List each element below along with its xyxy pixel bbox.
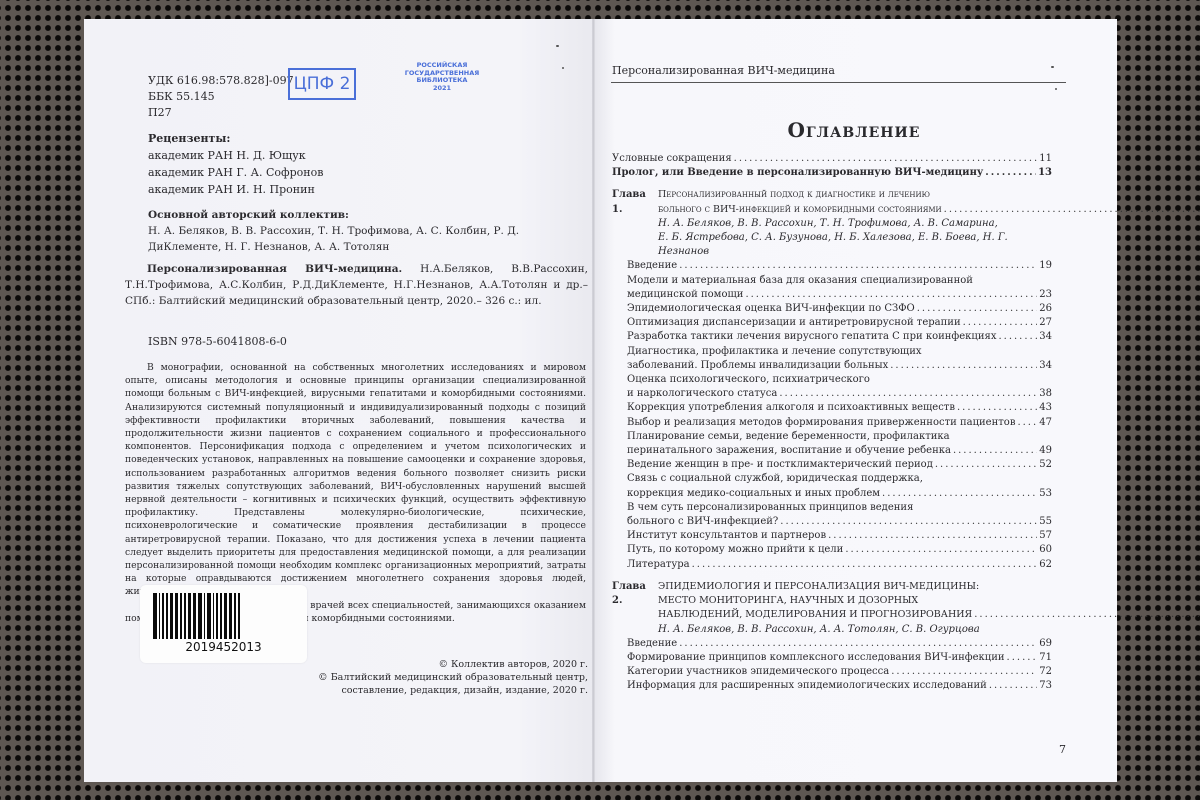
chapter-title-line: Персонализированный подход к диагностике…	[658, 188, 1200, 202]
toc-entry: Литература62	[612, 558, 1052, 572]
toc-entry: Пролог, или Введение в персонализированн…	[612, 166, 1052, 180]
toc-entry-title: перинатального заражения, воспитание и о…	[627, 444, 951, 458]
page-number: 7	[1059, 743, 1066, 756]
toc-entry-page: 53	[1039, 487, 1052, 501]
toc-leader-dots	[998, 330, 1037, 344]
toc-leader-dots	[692, 558, 1038, 572]
toc-entry-page: 13	[1038, 166, 1052, 180]
copyright-block: © Коллектив авторов, 2020 г. © Балтийски…	[318, 658, 588, 697]
reviewers-heading: Рецензенты:	[148, 130, 323, 147]
udk-code: УДК 616.98:578.828]-097	[148, 73, 294, 89]
toc-entry: Оптимизация диспансеризации и антиретров…	[612, 316, 1052, 330]
reviewers-block: Рецензенты: академик РАН Н. Д. Ющук акад…	[148, 130, 323, 198]
toc-leader-dots	[882, 487, 1037, 501]
toc-entry-page: 43	[1039, 401, 1052, 415]
toc-entry: Коррекция употребления алкоголя и психоа…	[612, 401, 1052, 415]
chapter-title-line: Эпидемиология и персонализация ВИЧ-медиц…	[658, 580, 1200, 594]
toc-entry-title: Планирование семьи, ведение беременности…	[627, 430, 950, 444]
toc-entry-title: коррекция медико-социальных и иных пробл…	[627, 487, 880, 501]
chapter-title-line: место мониторинга, научных и дозорных	[658, 594, 1200, 608]
chapter-authors: Е. Б. Ястребова, С. А. Бузунова, Н. Б. Х…	[612, 231, 1052, 259]
toc-entry: заболеваний. Проблемы инвалидизации боль…	[612, 359, 1052, 373]
toc-entry-page: 23	[1039, 288, 1052, 302]
toc-entry-title: Введение	[627, 637, 677, 651]
barcode-bar	[240, 593, 242, 639]
toc-leader-dots	[957, 401, 1037, 415]
toc-entry-page: 34	[1039, 330, 1052, 344]
copyright-line: © Коллектив авторов, 2020 г.	[318, 658, 588, 671]
toc-entry-title: наблюдений, моделирования и прогнозирова…	[658, 608, 972, 622]
copyright-line: © Балтийский медицинский образовательный…	[318, 671, 588, 684]
toc-entry-title: Модели и материальная база для оказания …	[627, 274, 973, 288]
toc-entry-page: 11	[1039, 152, 1052, 166]
toc-entry-page: 49	[1039, 444, 1052, 458]
toc-entry-title: медицинской помощи	[627, 288, 743, 302]
chapter-authors: Н. А. Беляков, В. В. Рассохин, А. А. Тот…	[612, 623, 1052, 637]
chapter-label: Глава 2.	[612, 580, 658, 623]
toc-entry-title: Информация для расширенных эпидемиологич…	[627, 679, 987, 693]
isbn: ISBN 978-5-6041808-6-0	[148, 335, 287, 348]
toc-entry: Диагностика, профилактика и лечение сопу…	[612, 345, 1052, 359]
classification-codes: УДК 616.98:578.828]-097 ББК 55.145 П27	[148, 73, 294, 121]
toc-entry-title: Путь, по которому можно прийти к цели	[627, 543, 843, 557]
toc-entry-title: заболеваний. Проблемы инвалидизации боль…	[627, 359, 888, 373]
toc-leader-dots	[944, 203, 1200, 217]
toc-entry-page: 52	[1039, 458, 1052, 472]
toc-entry: медицинской помощи23	[612, 288, 1052, 302]
chapter-title-line: больного с ВИЧ-инфекцией и коморбидными …	[658, 203, 1200, 217]
reviewer: академик РАН Г. А. Софронов	[148, 164, 323, 181]
abstract-paragraph: В монографии, основанной на собственных …	[125, 361, 586, 599]
toc-entry: Категории участников эпидемического проц…	[612, 665, 1052, 679]
toc-leader-dots	[779, 387, 1037, 401]
chapter-label: Глава 1.	[612, 188, 658, 216]
barcode-icon	[153, 593, 293, 639]
toc-leader-dots	[845, 543, 1037, 557]
toc-title: Оглавление	[594, 118, 1114, 142]
copyright-line: составление, редакция, дизайн, издание, …	[318, 684, 588, 697]
running-head: Персонализированная ВИЧ-медицина	[612, 64, 835, 77]
toc-entry-page: 47	[1039, 416, 1052, 430]
toc-entry-title: Эпидемиологическая оценка ВИЧ-инфекции п…	[627, 302, 915, 316]
toc-leader-dots	[891, 665, 1037, 679]
toc-entry: Эпидемиологическая оценка ВИЧ-инфекции п…	[612, 302, 1052, 316]
toc-leader-dots	[953, 444, 1037, 458]
toc-entry-title: Формирование принципов комплексного иссл…	[627, 651, 1005, 665]
toc-entry-title: Ведение женщин в пре- и постклимактериче…	[627, 458, 933, 472]
toc-entry: Разработка тактики лечения вирусного геп…	[612, 330, 1052, 344]
toc-entry-title: Эпидемиология и персонализация ВИЧ-медиц…	[658, 580, 979, 594]
toc-leader-dots	[1017, 416, 1037, 430]
toc-entry-page: 55	[1039, 515, 1052, 529]
toc-leader-dots	[890, 359, 1037, 373]
toc-entry-page: 72	[1039, 665, 1052, 679]
toc-entry-title: Институт консультантов и партнеров	[627, 529, 826, 543]
toc-leader-dots	[734, 152, 1038, 166]
book-title: Персонализированная ВИЧ-медицина.	[147, 263, 402, 275]
chapter-entry: Глава 2.Эпидемиология и персонализация В…	[612, 580, 1052, 623]
authors-block: Основной авторский коллектив: Н. А. Беля…	[148, 207, 588, 255]
toc-entry: Институт консультантов и партнеров57	[612, 529, 1052, 543]
toc-entry: Оценка психологического, психиатрическог…	[612, 373, 1052, 387]
author-mark: П27	[148, 105, 294, 121]
toc-entry-title: Коррекция употребления алкоголя и психоа…	[627, 401, 955, 415]
toc-entry-title: Разработка тактики лечения вирусного геп…	[627, 330, 996, 344]
dust-speck	[556, 45, 559, 47]
toc-entry: Выбор и реализация методов формирования …	[612, 416, 1052, 430]
toc-entry: и наркологического статуса38	[612, 387, 1052, 401]
toc-entry-title: Пролог, или Введение в персонализированн…	[612, 166, 983, 180]
toc-entry-title: больного с ВИЧ-инфекцией и коморбидными …	[658, 203, 942, 217]
toc-entry-title: Условные сокращения	[612, 152, 732, 166]
toc-leader-dots	[917, 302, 1038, 316]
toc-entry: Формирование принципов комплексного иссл…	[612, 651, 1052, 665]
toc-entry-title: Введение	[627, 259, 677, 273]
toc-entry: Условные сокращения11	[612, 152, 1052, 166]
toc-entry-page: 27	[1039, 316, 1052, 330]
toc-entry: Планирование семьи, ведение беременности…	[612, 430, 1052, 444]
toc-entry: Введение69	[612, 637, 1052, 651]
toc-entry-title: Литература	[627, 558, 690, 572]
toc-entry-page: 38	[1039, 387, 1052, 401]
toc-entry-title: Диагностика, профилактика и лечение сопу…	[627, 345, 922, 359]
header-rule	[611, 82, 1066, 83]
chapter-body: Эпидемиология и персонализация ВИЧ-медиц…	[658, 580, 1200, 623]
toc-entry-title: и наркологического статуса	[627, 387, 777, 401]
toc-leader-dots	[679, 259, 1037, 273]
toc-entry-title: В чем суть персонализированных принципов…	[627, 501, 913, 515]
bibliographic-record: Персонализированная ВИЧ-медицина. Н.А.Бе…	[125, 261, 588, 309]
toc-entry-page: 57	[1039, 529, 1052, 543]
toc-entry-title: Оценка психологического, психиатрическог…	[627, 373, 870, 387]
toc-entry: Связь с социальной службой, юридическая …	[612, 472, 1052, 486]
authors-list: Н. А. Беляков, В. В. Рассохин, Т. Н. Тро…	[148, 223, 588, 255]
toc-entry: Ведение женщин в пре- и постклимактериче…	[612, 458, 1052, 472]
toc-leader-dots	[989, 679, 1037, 693]
toc-entry-page: 34	[1039, 359, 1052, 373]
library-stamp: РОССИЙСКАЯ ГОСУДАРСТВЕННАЯ БИБЛИОТЕКА 20…	[398, 62, 486, 92]
barcode-number: 2019452013	[140, 640, 307, 654]
toc-entry-title: место мониторинга, научных и дозорных	[658, 594, 918, 608]
dust-speck	[1051, 66, 1054, 68]
toc-leader-dots	[963, 316, 1038, 330]
toc-entry: Модели и материальная база для оказания …	[612, 274, 1052, 288]
table-of-contents: Условные сокращения11Пролог, или Введени…	[612, 152, 1052, 694]
reviewer: академик РАН Н. Д. Ющук	[148, 147, 323, 164]
toc-entry-page: 26	[1039, 302, 1052, 316]
toc-leader-dots	[974, 608, 1200, 622]
dust-speck	[562, 67, 564, 69]
toc-entry: В чем суть персонализированных принципов…	[612, 501, 1052, 515]
toc-entry-title: Выбор и реализация методов формирования …	[627, 416, 1015, 430]
chapter-entry: Глава 1.Персонализированный подход к диа…	[612, 188, 1052, 216]
cpf-stamp: ЦПФ 2	[288, 68, 356, 100]
toc-entry: перинатального заражения, воспитание и о…	[612, 444, 1052, 458]
toc-leader-dots	[935, 458, 1037, 472]
library-stamp-line: 2021	[398, 85, 486, 93]
toc-entry-title: Оптимизация диспансеризации и антиретров…	[627, 316, 961, 330]
toc-entry: больного с ВИЧ-инфекцией?55	[612, 515, 1052, 529]
authors-heading: Основной авторский коллектив:	[148, 207, 588, 223]
toc-entry-page: 73	[1039, 679, 1052, 693]
toc-entry-page: 71	[1039, 651, 1052, 665]
toc-entry-page: 62	[1039, 558, 1052, 572]
chapter-body: Персонализированный подход к диагностике…	[658, 188, 1200, 216]
toc-entry-title: Персонализированный подход к диагностике…	[658, 188, 930, 202]
toc-entry: Информация для расширенных эпидемиологич…	[612, 679, 1052, 693]
chapter-authors: Н. А. Беляков, В. В. Рассохин, Т. Н. Тро…	[612, 217, 1052, 231]
toc-leader-dots	[828, 529, 1037, 543]
dust-speck	[1055, 88, 1057, 90]
chapter-title-line: наблюдений, моделирования и прогнозирова…	[658, 608, 1200, 622]
reviewer: академик РАН И. Н. Пронин	[148, 181, 323, 198]
bbk-code: ББК 55.145	[148, 89, 294, 105]
toc-entry-page: 19	[1039, 259, 1052, 273]
toc-entry-page: 60	[1039, 543, 1052, 557]
toc-entry: коррекция медико-социальных и иных пробл…	[612, 487, 1052, 501]
barcode-sticker: 2019452013	[140, 585, 307, 663]
toc-leader-dots	[780, 515, 1037, 529]
toc-leader-dots	[1007, 651, 1038, 665]
toc-entry-page: 69	[1039, 637, 1052, 651]
toc-entry: Введение19	[612, 259, 1052, 273]
toc-entry: Путь, по которому можно прийти к цели60	[612, 543, 1052, 557]
toc-entry-title: больного с ВИЧ-инфекцией?	[627, 515, 778, 529]
toc-leader-dots	[985, 166, 1036, 180]
toc-leader-dots	[745, 288, 1037, 302]
toc-leader-dots	[679, 637, 1037, 651]
toc-entry-title: Связь с социальной службой, юридическая …	[627, 472, 923, 486]
toc-entry-title: Категории участников эпидемического проц…	[627, 665, 889, 679]
